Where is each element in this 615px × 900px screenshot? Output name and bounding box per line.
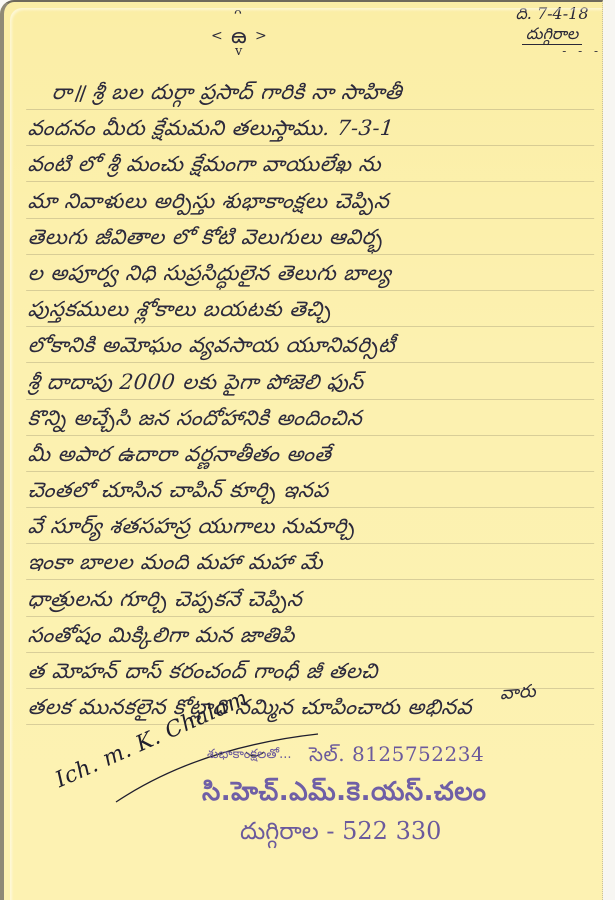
symbol-left-arrow-icon: < (211, 28, 223, 44)
handwritten-line: కొన్ని అచ్చేసి జన సందోహానికి అందించిన (26, 400, 598, 436)
handwritten-line: మా నివాళులు అర్పిస్తు శుభాకాంక్షలు చెప్ప… (26, 183, 598, 219)
symbol-bottom: v (235, 44, 242, 59)
handwritten-line: పుస్తకములు శ్లోకాలు బయటకు తెచ్చి (26, 291, 598, 327)
date-place: దుగ్గిరాల (522, 24, 583, 45)
stamp-place: దుగ్గిరాల (240, 817, 319, 845)
date-underline: - - - (496, 45, 608, 57)
postcard: ᴖ < ౚ > v ది. 7-4-18 దుగ్గిరాల - - - రా॥… (0, 0, 603, 900)
handwritten-line: ధాత్రులను గూర్చి చెప్పకనే చెప్పిన (26, 581, 598, 617)
handwritten-line: వే సూర్య్ శతసహస్ర యుగాలు నుమార్చి (26, 508, 598, 544)
handwritten-line: వందనం మీరు క్షేమమని తలుస్తాము. 7-3-1 (26, 110, 598, 146)
handwritten-line: ఇంకా బాలల మంది మహా మహా మే (26, 544, 598, 580)
date-line: ది. 7-4-18 (496, 4, 608, 24)
handwritten-line: చెంతలో చూసిన చాపిన్ కూర్చి ఇనప (26, 472, 598, 508)
symbol-top: ᴖ (234, 6, 242, 21)
handwritten-line: మీ అపార ఉదారా వర్ణనాతీతం అంతే (26, 436, 598, 472)
handwritten-line: ల అపూర్వ నిధి సుప్రసిద్ధులైన తెలుగు బాల్… (26, 255, 598, 291)
handwritten-line: రా॥ శ్రీ బల దుర్గా ప్రసాద్ గారికి నా సాహ… (26, 74, 598, 110)
symbol-right-arrow-icon: > (255, 28, 267, 44)
stamp-address: దుగ్గిరాల - 522 330 (240, 817, 441, 851)
handwritten-line: సంతోషం మిక్కిలిగా మన జాతిపి (26, 617, 598, 653)
stamp-pincode: 522 330 (342, 817, 441, 845)
handwritten-line: శ్రీ దాదాపు 2000 లకు పైగా పోజెలి ఫుస్ (26, 364, 598, 400)
header-symbol: ᴖ < ౚ > v (209, 10, 269, 62)
handwritten-body: రా॥ శ్రీ బల దుర్గా ప్రసాద్ గారికి నా సాహ… (28, 74, 596, 725)
date-block: ది. 7-4-18 దుగ్గిరాల - - - (496, 4, 608, 57)
stamp-cell: సెల్. 8125752234 (309, 742, 484, 771)
stamp-name: సి.హెచ్.ఎమ్.కె.యస్.చలం (202, 777, 486, 813)
stamp-greeting: శుభాకాంక్షలతో... (207, 747, 291, 765)
handwritten-line: లోకానికి అమోఘం వ్యవసాయ యూనివర్సిటీ (26, 327, 598, 363)
closing-text: వారు (499, 681, 536, 708)
handwritten-line: తెలుగు జీవితాల లో కోటి వెలుగులు ఆవిర్భ (26, 219, 598, 255)
stamp-cell-label: సెల్. (309, 742, 345, 766)
scan-margin (603, 0, 615, 900)
stamp-cell-number: 8125752234 (352, 742, 484, 766)
handwritten-line: వంటి లో శ్రీ మంచు క్షేమంగా వాయులేఖ ను (26, 146, 598, 182)
